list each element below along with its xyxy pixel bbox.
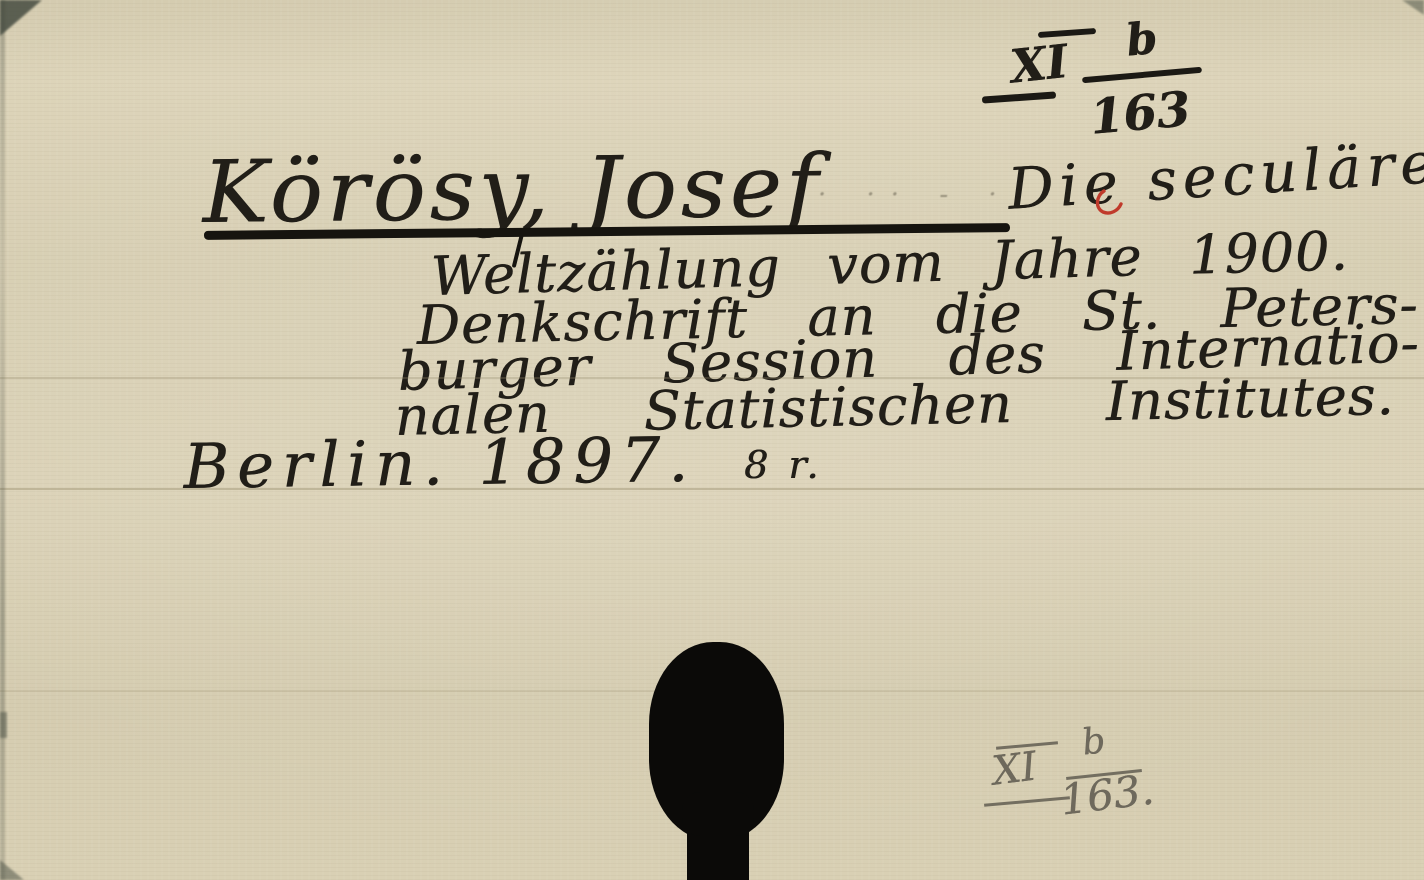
scan-edge-artifact: [0, 0, 5, 880]
red-correction-mark: [1094, 188, 1128, 218]
shelfmark-bottom-roman: XI: [990, 747, 1039, 792]
shelfmark-top-number: 163: [1088, 85, 1192, 142]
shelfmark-top-letter: b: [1124, 17, 1159, 64]
shelfmark-bottom-letter: b: [1080, 723, 1107, 762]
scan-edge-artifact: [0, 712, 7, 738]
shelfmark-bottom-underline-stroke: [984, 796, 1070, 806]
shelfmark-top-overline-stroke: [1038, 28, 1096, 38]
faint-rule-line: [0, 377, 1424, 379]
punch-hole: [646, 642, 788, 880]
format-size-note: 8 r.: [744, 446, 822, 484]
erased-pencil-marks: · ·· ‐ ·: [818, 182, 1013, 208]
shelfmark-top-roman: XI: [1008, 38, 1070, 90]
author-heading: Körösy, Josef: [202, 144, 823, 236]
shelfmark-top-underline-stroke: [982, 91, 1056, 103]
title-first-words: Die seculäre: [1006, 135, 1424, 219]
catalog-card: XI b 163 Körösy, Josef · ·· ‐ · Die secu…: [0, 0, 1424, 880]
faint-rule-line: [0, 488, 1424, 490]
shelfmark-bottom-number: 163.: [1058, 769, 1156, 822]
scan-corner-artifact: [0, 0, 42, 36]
scan-corner-artifact: [1402, 0, 1424, 15]
